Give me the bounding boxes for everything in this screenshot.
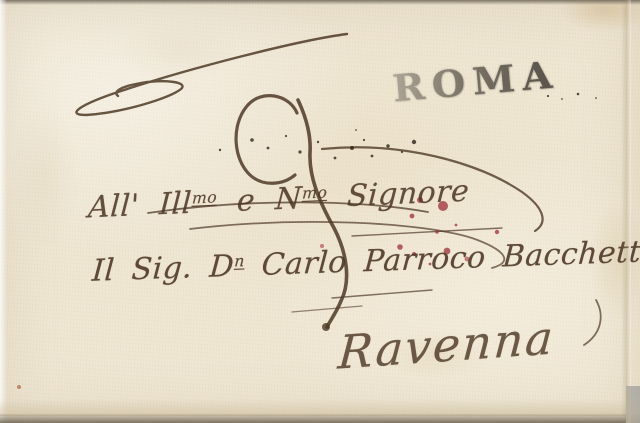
address-line-1-text: Signore (326, 174, 470, 215)
address-line-1-superscript: mo (302, 183, 328, 202)
address-line-1-superscript: mo (192, 188, 218, 207)
pen-flourish-top (76, 34, 347, 115)
rate-mark-loop (236, 96, 297, 184)
paper-right-crease (621, 0, 631, 423)
paper-left-edge (0, 0, 7, 423)
address-line-2-text: Il Sig. D (91, 249, 235, 289)
paper-bottom-shadow (0, 414, 640, 423)
underline-parroco (332, 290, 432, 298)
letter-paper: ROMA All' Illmo e Nmo Signore Il Sig. Dn… (0, 0, 640, 423)
address-line-1-text: All' Ill (87, 186, 193, 226)
letter-cover-photo: ROMA All' Illmo e Nmo Signore Il Sig. Dn… (0, 0, 640, 423)
paper-top-shadow (0, 0, 640, 5)
flourish-bacchetti (584, 300, 601, 345)
underline-fragment (292, 306, 362, 312)
address-line-1-text: e N (216, 181, 303, 220)
background-corner (626, 386, 640, 423)
rate-mark-ink-blob (322, 323, 330, 331)
